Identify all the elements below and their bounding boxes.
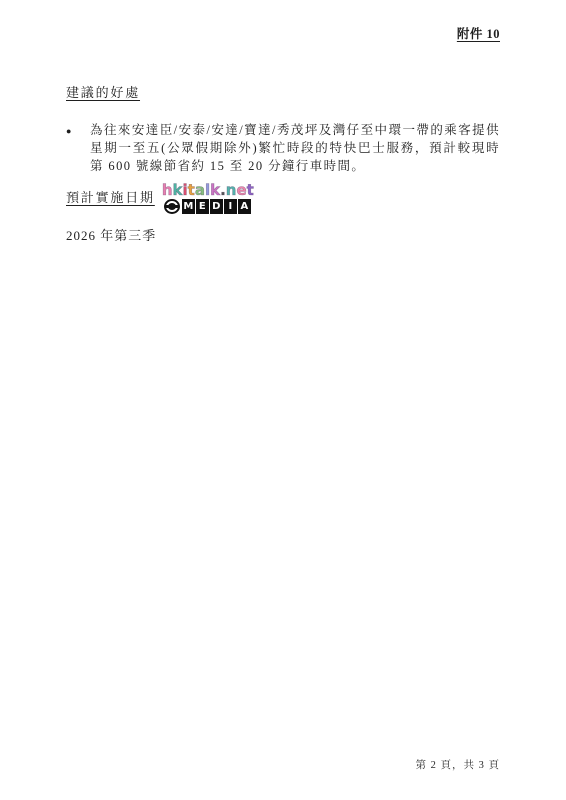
hkitalk-logo-text: hkitalk.net	[162, 182, 254, 198]
logo-letter: k	[173, 181, 183, 199]
logo-letter: h	[162, 181, 173, 199]
implementation-date-value: 2026 年第三季	[66, 228, 500, 244]
implementation-section-heading: 預計實施日期	[66, 190, 155, 205]
logo-letter: e	[236, 181, 246, 199]
benefits-section-heading: 建議的好處	[66, 85, 500, 100]
implementation-heading-row: 預計實施日期 hkitalk.net MEDIA	[66, 190, 500, 216]
benefits-bullet-list: ● 為往來安達臣/安泰/安達/寶達/秀茂坪及灣仔至中環一帶的乘客提供星期一至五(…	[66, 121, 500, 175]
logo-letter: t	[247, 181, 254, 199]
list-item: ● 為往來安達臣/安泰/安達/寶達/秀茂坪及灣仔至中環一帶的乘客提供星期一至五(…	[66, 121, 500, 175]
media-letter: E	[196, 199, 209, 214]
benefits-bullet-text: 為往來安達臣/安泰/安達/寶達/秀茂坪及灣仔至中環一帶的乘客提供星期一至五(公眾…	[90, 121, 500, 175]
hkitalk-watermark: hkitalk.net MEDIA	[162, 182, 254, 214]
document-page: 附件 10 建議的好處 ● 為往來安達臣/安泰/安達/寶達/秀茂坪及灣仔至中環一…	[0, 0, 566, 800]
logo-letter: k	[210, 181, 220, 199]
media-letter: A	[238, 199, 251, 214]
media-letter-row: MEDIA	[182, 199, 251, 214]
logo-letter: n	[226, 181, 237, 199]
media-badge: MEDIA	[164, 199, 254, 214]
media-letter: D	[210, 199, 223, 214]
appendix-label: 附件 10	[66, 27, 500, 42]
bullet-icon: ●	[66, 121, 90, 140]
page-footer: 第 2 頁，共 3 頁	[416, 757, 501, 772]
logo-letter: a	[195, 181, 205, 199]
camera-lens-icon	[164, 199, 180, 214]
media-letter: M	[182, 199, 195, 214]
logo-letter: t	[188, 181, 195, 199]
media-letter: I	[224, 199, 237, 214]
page-number-indicator: 第 2 頁，共 3 頁	[416, 760, 501, 771]
